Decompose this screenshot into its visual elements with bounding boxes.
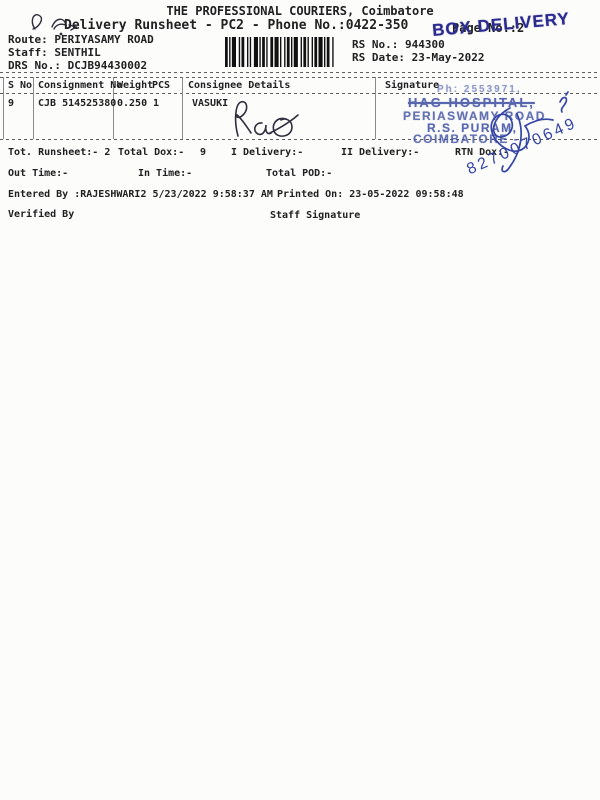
verified-by: Verified By	[8, 209, 74, 220]
i-delivery: I Delivery:-	[231, 147, 303, 158]
staff-line: Staff: SENTHIL	[8, 46, 101, 59]
staff-signature-label: Staff Signature	[270, 210, 360, 221]
divider	[0, 72, 600, 74]
scanned-delivery-runsheet: THE PROFESSIONAL COURIERS, Coimbatore De…	[0, 0, 600, 800]
handwritten-signature-rao	[228, 96, 308, 142]
ii-delivery: II Delivery:-	[341, 147, 419, 158]
col-header-consignment: Consignment No	[38, 80, 122, 91]
entered-by: Entered By :RAJESHWARI2 5/23/2022 9:58:3…	[8, 189, 273, 200]
col-header-weight: Weight	[117, 80, 153, 91]
col-header-pcs: PCS	[152, 80, 170, 91]
col-header-consignee: Consignee Details	[188, 80, 290, 91]
row-weight: 0.250	[117, 98, 147, 109]
drs-number-line: DRS No.: DCJB94430002	[8, 59, 147, 72]
tot-runsheet: Tot. Runsheet:- 2	[8, 147, 110, 158]
total-pod: Total POD:-	[266, 168, 332, 179]
row-sno: 9	[8, 98, 14, 109]
row-consignee: VASUKI	[192, 98, 228, 109]
table-column-line	[182, 77, 183, 139]
row-consignment-no: CJB 514525380	[38, 98, 116, 109]
table-top-border	[0, 77, 600, 79]
barcode	[225, 37, 335, 67]
col-header-sno: S No	[8, 80, 32, 91]
rs-number-line: RS No.: 944300	[352, 38, 445, 51]
row-pcs: 1	[153, 98, 159, 109]
in-time: In Time:-	[138, 168, 192, 179]
route-line: Route: PERIYASAMY ROAD	[8, 33, 154, 46]
document-subtitle: Delivery Runsheet - PC2 - Phone No.:0422…	[64, 18, 408, 33]
printed-on: Printed On: 23-05-2022 09:58:48	[277, 189, 464, 200]
total-dox-value: 9	[200, 147, 206, 158]
col-header-signature: Signature	[385, 80, 439, 91]
total-dox-label: Total Dox:-	[118, 147, 184, 158]
rs-date-line: RS Date: 23-May-2022	[352, 51, 484, 64]
table-column-line	[375, 77, 376, 139]
table-column-line	[3, 77, 4, 139]
table-column-line	[33, 77, 34, 139]
out-time: Out Time:-	[8, 168, 68, 179]
